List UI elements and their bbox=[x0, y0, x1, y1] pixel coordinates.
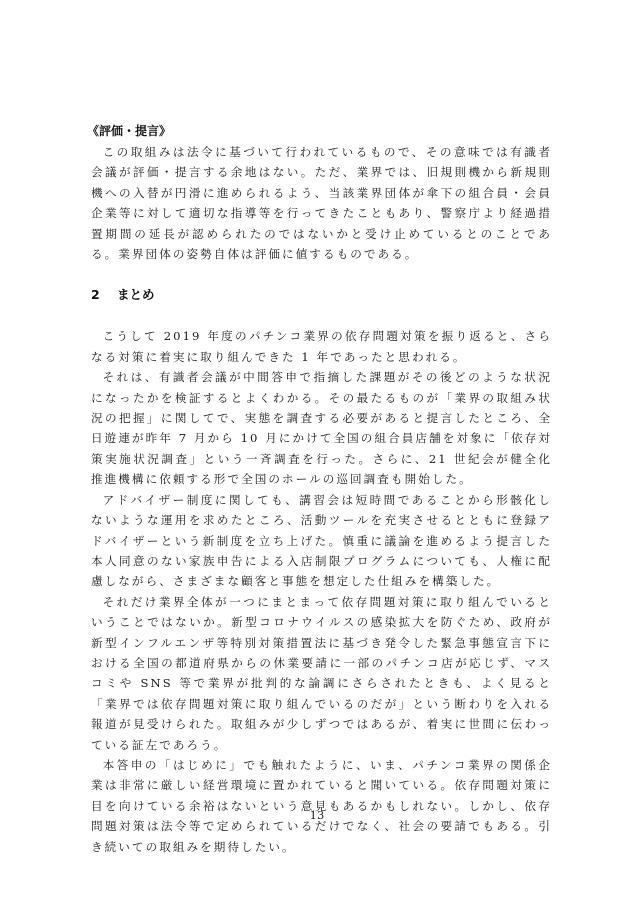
evaluation-paragraph: この取組みは法令に基づいて行われているもので、その意味では有識者会議が評価・提言… bbox=[91, 142, 552, 264]
summary-paragraph-2: それは、有識者会議が中間答申で指摘した課題がその後どのような状況になったかを検証… bbox=[91, 367, 552, 489]
summary-paragraph-3: アドバイザー制度に関しても、講習会は短時間であることから形骸化しないような運用を… bbox=[91, 490, 552, 592]
section-heading: 2まとめ bbox=[91, 286, 552, 304]
summary-paragraph-5: 本答申の「はじめに」でも触れたように、いま、パチンコ業界の関係企業は非常に厳しい… bbox=[91, 755, 552, 857]
page-number: 13 bbox=[0, 808, 634, 822]
document-page: 《評価・提言》 この取組みは法令に基づいて行われているもので、その意味では有識者… bbox=[91, 122, 552, 857]
summary-paragraph-1: こうして 2019 年度のパチンコ業界の依存問題対策を振り返ると、さらなる対策に… bbox=[91, 326, 552, 367]
evaluation-heading: 《評価・提言》 bbox=[87, 122, 552, 140]
section-number: 2 bbox=[91, 286, 117, 304]
summary-paragraph-4: それだけ業界全体が一つにまとまって依存問題対策に取り組んでいるということではない… bbox=[91, 592, 552, 755]
section-title: まとめ bbox=[117, 287, 155, 302]
